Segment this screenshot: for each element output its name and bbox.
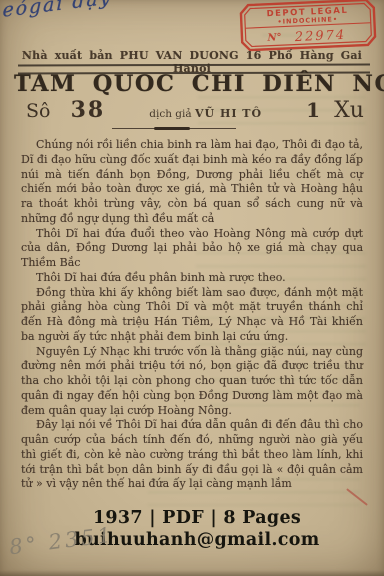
ornamental-divider [112, 126, 236, 131]
price: 1 Xu [306, 98, 364, 123]
paragraph: Chúng nói rồi liền chia binh ra làm hai … [21, 138, 363, 227]
paragraph: Thôi Dĩ hai đứa đều phân binh mà rược th… [21, 271, 363, 286]
paragraph: Đây lại nói về Thôi Dĩ hai đứa dẫn quân … [21, 418, 363, 492]
issue-label: Sô [26, 100, 50, 122]
paragraph: Thôi Dĩ hai đứa đuổi theo vào Hoàng Nông… [21, 227, 363, 271]
stamp-number-prefix: N° [266, 32, 282, 44]
paragraph: Nguyên Lý Nhạc khi trước vốn là thằng gi… [21, 345, 363, 419]
issue-group: Sô 38 [26, 97, 105, 123]
book-title: TAM QUOC CHI DIÊN NGHĨA [14, 71, 374, 97]
body-text: Chúng nói rồi liền chia binh ra làm hai … [21, 138, 363, 492]
translator-label: dịch giả [149, 108, 191, 120]
paragraph: Đồng thừa khi ấy không biết làm sao được… [21, 286, 363, 345]
issue-number: 38 [71, 97, 106, 123]
issue-row: Sô 38 dịch giả VŨ HI TÔ 1 Xu [26, 97, 364, 123]
stamp-octagon-border: DEPOT LEGAL •INDOCHINE• N° 22974 [239, 0, 377, 52]
price-amount: 1 [306, 98, 320, 122]
scan-edge-shadow-bottom [0, 570, 384, 576]
price-unit: Xu [334, 98, 364, 123]
watermark-line1: 1937 | PDF | 8 Pages [10, 507, 384, 529]
translator-name: VŨ HI TÔ [195, 107, 262, 120]
translator-credit: dịch giả VŨ HI TÔ [149, 107, 262, 120]
ink-handwriting-note: eógai đạy [2, 0, 161, 20]
depot-legal-stamp: DEPOT LEGAL •INDOCHINE• N° 22974 [239, 0, 377, 52]
stamp-number: 22974 [294, 28, 347, 45]
scanned-book-page: eógai đạy DEPOT LEGAL •INDOCHINE• N° 229… [0, 0, 384, 576]
